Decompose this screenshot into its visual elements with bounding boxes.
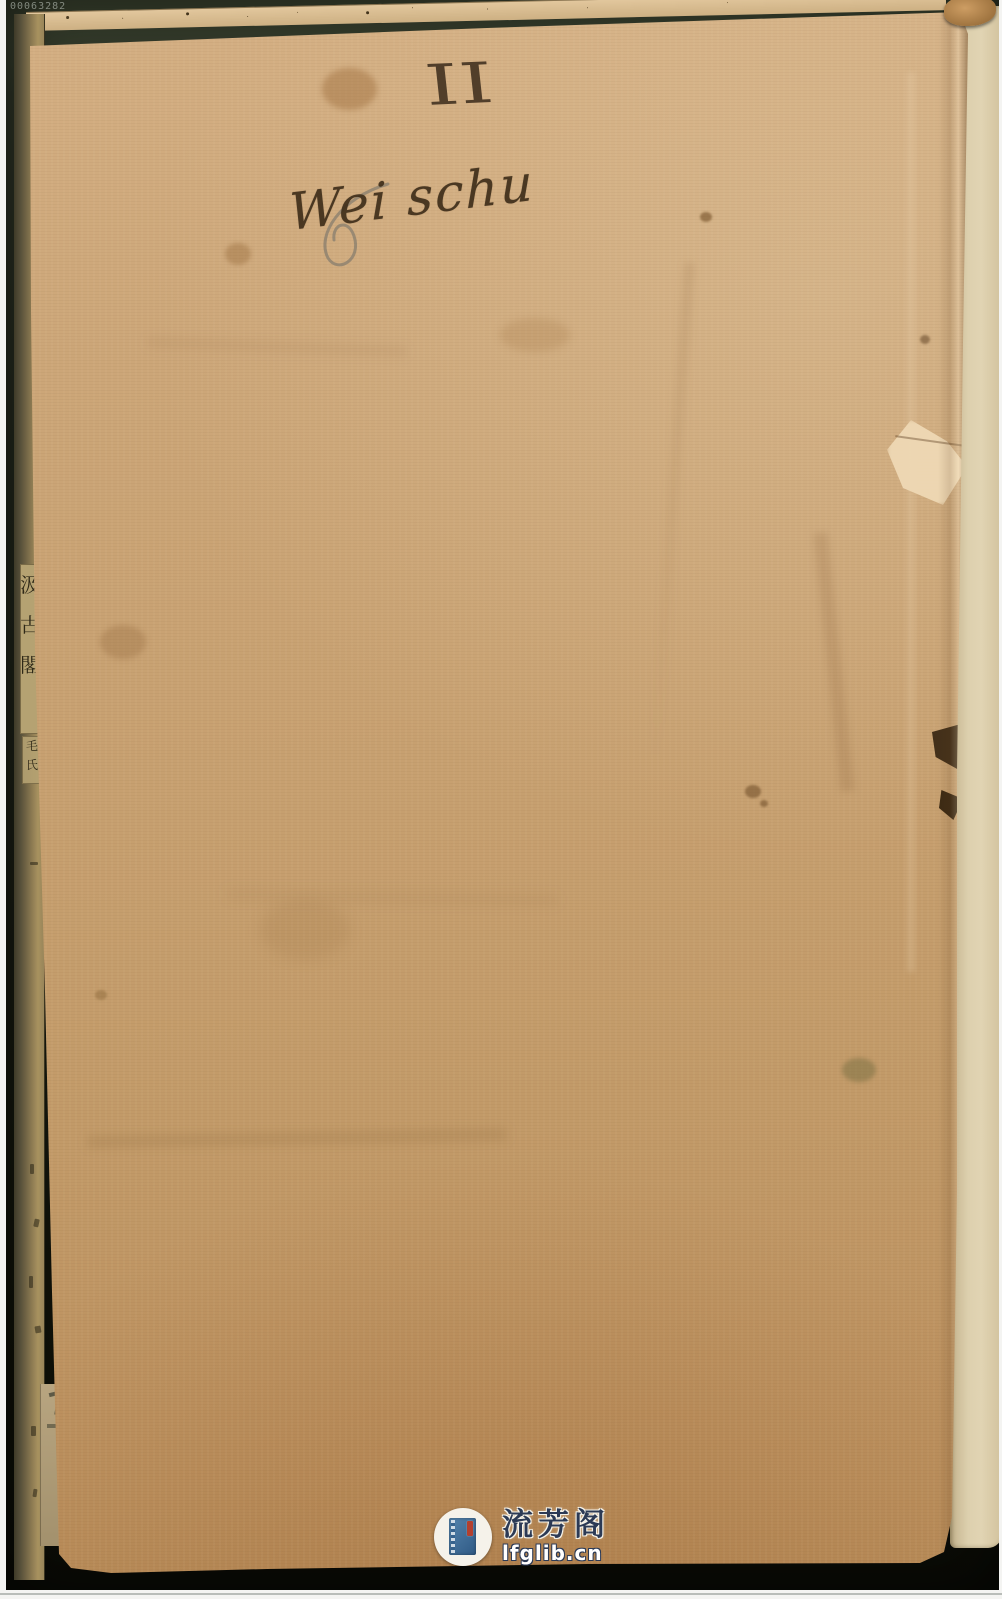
stain-spot bbox=[260, 900, 350, 960]
catalog-number: 00063282 bbox=[10, 1, 66, 12]
text-fragment bbox=[33, 1219, 40, 1228]
stain-spot bbox=[100, 625, 146, 659]
stain-spot bbox=[225, 243, 251, 265]
stain-spot bbox=[95, 990, 107, 1000]
stain-spot bbox=[760, 800, 768, 807]
watermark-text: 流芳阁 lfglib.cn bbox=[502, 1508, 610, 1564]
stain-spot bbox=[500, 318, 570, 352]
text-fragment bbox=[47, 1424, 56, 1428]
text-fragment bbox=[32, 1489, 37, 1497]
text-fragment bbox=[31, 1426, 36, 1436]
book-title-slip-icon bbox=[467, 1521, 473, 1536]
text-fragment bbox=[30, 862, 38, 865]
text-fragment bbox=[34, 1326, 41, 1334]
background-mat: 00063282 汲 古 閣 毛氏 bbox=[6, 0, 999, 1590]
watermark-site-url: lfglib.cn bbox=[502, 1542, 610, 1564]
watermark-site-name: 流芳阁 bbox=[502, 1508, 610, 1542]
watermark-badge bbox=[434, 1508, 492, 1566]
thread-bound-book-icon bbox=[449, 1518, 476, 1555]
stain-spot bbox=[920, 335, 930, 344]
volume-numeral: II bbox=[421, 51, 496, 119]
stain-spot bbox=[322, 68, 377, 110]
stain-spot bbox=[745, 785, 761, 798]
paper-texture bbox=[27, 12, 968, 1573]
stain-spot bbox=[700, 212, 712, 222]
text-fragment bbox=[29, 1276, 33, 1288]
scan-frame: 00063282 汲 古 閣 毛氏 bbox=[0, 0, 1002, 1599]
text-fragment bbox=[30, 1164, 34, 1174]
site-watermark: 流芳阁 lfglib.cn bbox=[434, 1508, 610, 1566]
stain-spot bbox=[842, 1058, 876, 1082]
main-page: II Wei schu bbox=[27, 12, 968, 1573]
